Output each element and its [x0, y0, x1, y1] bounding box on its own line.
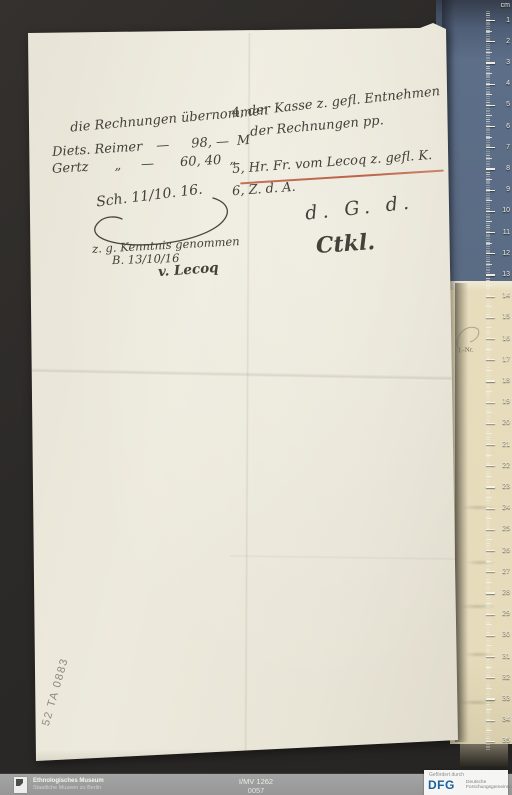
ruler-tick [486, 423, 495, 424]
ruler-tick [486, 592, 495, 593]
ruler-tick [486, 529, 495, 530]
ruler-number: 11 [495, 229, 510, 236]
ruler-tick [486, 147, 495, 148]
ruler-tick [486, 677, 495, 678]
ruler-tick [486, 20, 495, 21]
ruler-half-tick [486, 179, 492, 180]
ruler-half-tick [486, 31, 492, 32]
ruler-number: 8 [495, 165, 510, 172]
ruler-tick [486, 168, 495, 169]
ruler-number: 7 [495, 144, 510, 151]
ruler-tick [486, 359, 495, 360]
ruler-number: 28 [495, 589, 510, 596]
archival-scan-stage: J.-Nr. die Rechnungen übernommen Diets. … [0, 0, 512, 795]
ruler-number: 25 [495, 525, 510, 532]
ruler-half-tick [486, 709, 492, 710]
ruler-number: 1 [495, 17, 510, 24]
ruler-tick [486, 232, 495, 233]
ruler-half-tick [486, 497, 492, 498]
ruler-half-tick [486, 349, 492, 350]
ruler-number: 20 [495, 419, 510, 426]
ruler-tick [486, 105, 495, 106]
ruler-half-tick [486, 264, 492, 265]
ruler-number: 3 [495, 59, 510, 66]
ruler-tick [486, 486, 495, 487]
ruler-half-tick [486, 137, 492, 138]
ruler-number: 22 [495, 462, 510, 469]
ruler-number: 27 [495, 568, 510, 575]
ruler-number: 12 [495, 250, 510, 257]
ruler-number: 18 [495, 377, 510, 384]
ruler-number: 31 [495, 653, 510, 660]
ruler: cm 1234567891011121314151617181920212223… [486, 0, 512, 795]
ruler-number: 29 [495, 610, 510, 617]
ruler-tick [486, 465, 495, 466]
ruler-tick [486, 211, 495, 212]
ruler-half-tick [486, 115, 492, 116]
ruler-number: 2 [495, 38, 510, 45]
ruler-half-tick [486, 624, 492, 625]
ruler-tick [486, 253, 495, 254]
ruler-half-tick [486, 306, 492, 307]
ruler-tick [486, 571, 495, 572]
page-bottom-edge-shading [36, 746, 458, 763]
ruler-number: 10 [495, 207, 510, 214]
ruler-tick [486, 317, 495, 318]
ruler-tick [486, 698, 495, 699]
ruler-half-tick [486, 730, 492, 731]
ruler-half-tick [486, 158, 492, 159]
ruler-half-tick [486, 391, 492, 392]
ruler-tick [486, 635, 495, 636]
ruler-half-tick [486, 370, 492, 371]
ruler-number: 4 [495, 80, 510, 87]
ruler-number: 34 [495, 716, 510, 723]
dfg-logo-box: Gefördert durch DFG Deutsche Forschungsg… [424, 770, 508, 795]
ruler-half-tick [486, 645, 492, 646]
ruler-tick [486, 126, 495, 127]
ruler-half-tick [486, 667, 492, 668]
ruler-number: 32 [495, 674, 510, 681]
fold-crease-horizontal-2 [230, 554, 458, 560]
ruler-number: 9 [495, 186, 510, 193]
ruler-tick [486, 402, 495, 403]
ruler-half-tick [486, 94, 492, 95]
ruler-number: 14 [495, 292, 510, 299]
ruler-number: 35 [495, 737, 510, 744]
dfg-org-name: Deutsche Forschungsgemeinschaft [466, 780, 512, 790]
fold-crease-vertical [244, 33, 251, 759]
ruler-number: 17 [495, 356, 510, 363]
ruler-number: 16 [495, 335, 510, 342]
ruler-half-tick [486, 243, 492, 244]
dfg-logo: DFG [428, 778, 455, 792]
ruler-half-tick [486, 285, 492, 286]
ruler-half-tick [486, 52, 492, 53]
ruler-half-tick [486, 73, 492, 74]
ruler-tick [486, 720, 495, 721]
ruler-half-tick [486, 433, 492, 434]
ruler-half-tick [486, 688, 492, 689]
ruler-tick [486, 296, 495, 297]
ruler-half-tick [486, 476, 492, 477]
ruler-half-tick [486, 603, 492, 604]
manuscript-page [0, 0, 512, 795]
ruler-half-tick [486, 539, 492, 540]
ruler-half-tick [486, 221, 492, 222]
ruler-half-tick [486, 412, 492, 413]
ruler-tick [486, 41, 495, 42]
ruler-tick [486, 444, 495, 445]
ruler-half-tick [486, 327, 492, 328]
ruler-number: 24 [495, 504, 510, 511]
ruler-tick [486, 614, 495, 615]
ruler-unit-label: cm [494, 2, 510, 9]
fold-crease-horizontal [28, 368, 458, 381]
ruler-number: 30 [495, 631, 510, 638]
ruler-number: 5 [495, 101, 510, 108]
ruler-half-tick [486, 518, 492, 519]
ruler-tick [486, 508, 495, 509]
ruler-number: 21 [495, 441, 510, 448]
ruler-tick [486, 62, 495, 63]
ruler-number: 26 [495, 547, 510, 554]
ruler-tick [486, 274, 495, 275]
ruler-half-tick [486, 200, 492, 201]
ruler-half-tick [486, 561, 492, 562]
ruler-tick [486, 84, 495, 85]
ruler-half-tick [486, 455, 492, 456]
ruler-tick [486, 380, 495, 381]
manuscript-page-wrap [0, 0, 512, 795]
ruler-number: 13 [495, 271, 510, 278]
ruler-number: 19 [495, 398, 510, 405]
dfg-org-line2: Forschungsgemeinschaft [466, 785, 512, 790]
ruler-half-tick [486, 582, 492, 583]
ruler-number: 23 [495, 483, 510, 490]
ruler-tick [486, 338, 495, 339]
ruler-tick [486, 656, 495, 657]
ruler-tick [486, 550, 495, 551]
ruler-tick [486, 190, 495, 191]
ruler-number: 33 [495, 695, 510, 702]
ruler-number: 6 [495, 123, 510, 130]
ruler-number: 15 [495, 313, 510, 320]
ruler-tick [486, 741, 495, 742]
